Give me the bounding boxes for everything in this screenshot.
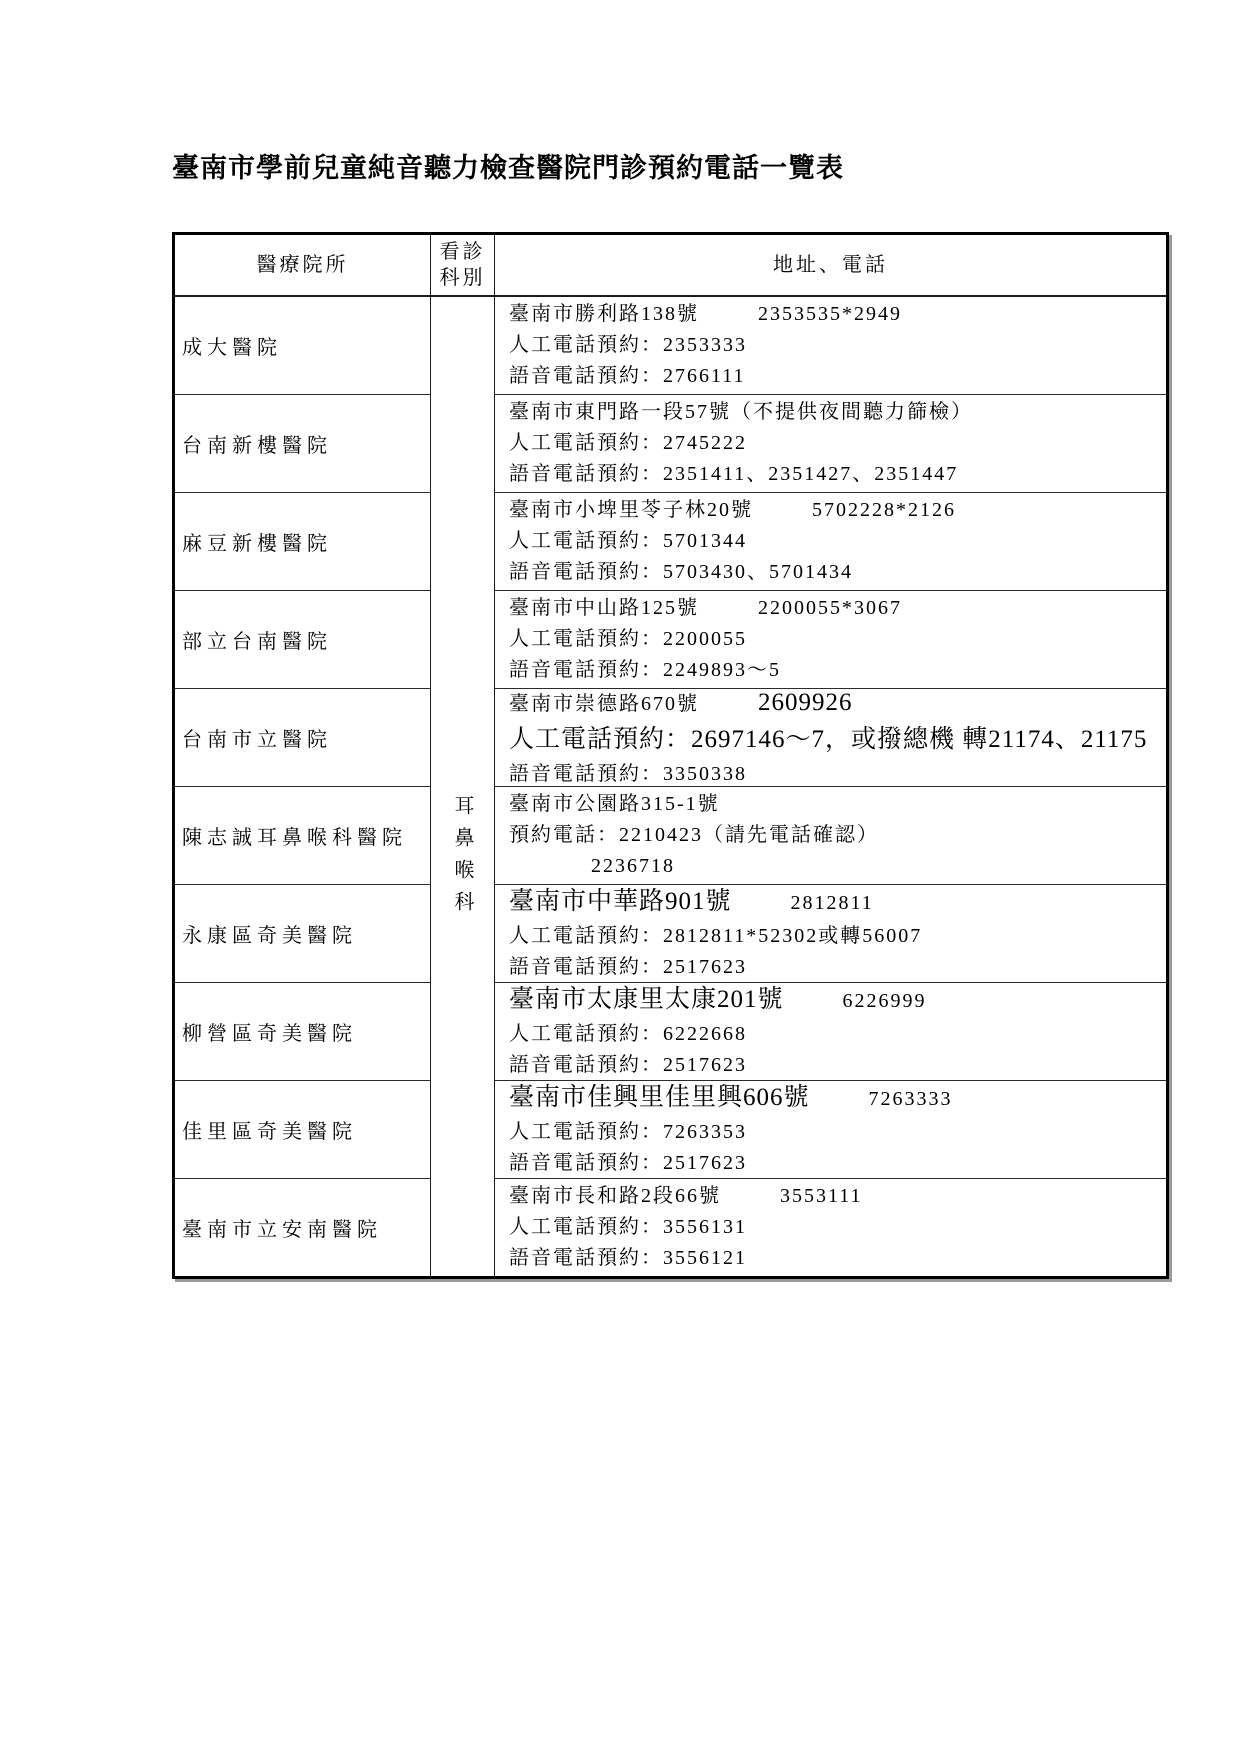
address-line-phone: 2200055*3067 (758, 597, 902, 619)
address-cell: 臺南市中華路901號 2812811 人工電話預約：2812811*52302或… (495, 885, 1166, 983)
address-line: 語音電話預約：3350338 (509, 759, 1158, 790)
address-line: 人工電話預約：2353333 (509, 330, 1158, 361)
address-line-text: 人工電話預約：3556131 (509, 1216, 747, 1238)
address-line-text: 語音電話預約：2517623 (509, 1152, 747, 1174)
address-line: 語音電話預約：3556121 (509, 1243, 1158, 1274)
address-line-text: 人工電話預約：2745222 (509, 432, 747, 454)
address-line-text: 語音電話預約：2249893～5 (509, 659, 781, 681)
department-label: 耳鼻喉科 (448, 795, 477, 923)
hospital-name-cell: 成大醫院 (175, 297, 430, 395)
address-line: 語音電話預約：2766111 (509, 361, 1158, 392)
hospital-name-cell: 柳營區奇美醫院 (175, 983, 430, 1081)
address-line-text: 人工電話預約：2697146～7，或撥總機 轉21174、21175 (509, 726, 1147, 753)
address-line: 人工電話預約：5701344 (509, 526, 1158, 557)
address-line: 臺南市佳興里佳里興606號 7263333 (509, 1080, 1158, 1117)
hospital-name: 柳營區奇美醫院 (182, 1017, 357, 1046)
address-line: 語音電話預約：2517623 (509, 1050, 1158, 1081)
address-line-phone: 3553111 (780, 1185, 863, 1207)
address-cell: 臺南市中山路125號 2200055*3067 人工電話預約：2200055 語… (495, 591, 1166, 689)
address-cell: 臺南市佳興里佳里興606號 7263333 人工電話預約：7263353 語音電… (495, 1081, 1166, 1179)
address-line-text: 語音電話預約：3556121 (509, 1247, 747, 1269)
address-line-text: 人工電話預約：5701344 (509, 530, 747, 552)
address-line-text: 臺南市東門路一段57號（不提供夜間聽力篩檢） (509, 401, 973, 423)
hospital-name: 麻豆新樓醫院 (182, 527, 332, 556)
address-line-text: 臺南市小埤里苓子林20號 (509, 499, 753, 521)
hospital-phone-table: 醫療院所 看診 科別 地址、電話 成大醫院 台南新樓醫院 麻豆新樓醫院 部立台南… (172, 232, 1169, 1279)
hospital-name-cell: 佳里區奇美醫院 (175, 1081, 430, 1179)
header-department: 看診 科別 (431, 235, 495, 295)
address-line: 臺南市崇德路670號 2609926 (509, 685, 1158, 722)
address-line: 語音電話預約：2249893～5 (509, 655, 1158, 686)
address-line: 人工電話預約：2745222 (509, 428, 1158, 459)
address-line-text: 人工電話預約：2812811*52302或轉56007 (509, 925, 922, 947)
address-cell: 臺南市長和路2段66號 3553111 人工電話預約：3556131 語音電話預… (495, 1179, 1166, 1276)
address-line-text: 預約電話：2210423（請先電話確認） (509, 824, 879, 846)
document-page: 臺南市學前兒童純音聽力檢查醫院門診預約電話一覽表 醫療院所 看診 科別 地址、電… (172, 148, 1172, 1279)
address-line-text: 2236718 (591, 855, 675, 877)
header-department-line2: 科別 (440, 267, 486, 289)
address-line: 臺南市長和路2段66號 3553111 (509, 1181, 1158, 1212)
address-line: 臺南市小埤里苓子林20號 5702228*2126 (509, 495, 1158, 526)
address-line-text: 語音電話預約：5703430、5701434 (509, 561, 853, 583)
address-line-text: 臺南市勝利路138號 (509, 303, 699, 325)
hospital-name: 佳里區奇美醫院 (182, 1115, 357, 1144)
hospital-name-cell: 麻豆新樓醫院 (175, 493, 430, 591)
address-line-phone: 5702228*2126 (812, 499, 956, 521)
address-line: 臺南市中華路901號 2812811 (509, 884, 1158, 921)
address-line: 語音電話預約：5703430、5701434 (509, 557, 1158, 588)
hospital-name-cell: 部立台南醫院 (175, 591, 430, 689)
address-line-text: 語音電話預約：2517623 (509, 1054, 747, 1076)
address-line-text: 臺南市公園路315-1號 (509, 793, 720, 815)
address-line: 語音電話預約：2351411、2351427、2351447 (509, 459, 1158, 490)
address-line-text: 語音電話預約：2766111 (509, 365, 746, 387)
address-line: 語音電話預約：2517623 (509, 952, 1158, 983)
address-line-text: 臺南市長和路2段66號 (509, 1185, 721, 1207)
table-header-row: 醫療院所 看診 科別 地址、電話 (175, 235, 1166, 297)
address-line: 人工電話預約：7263353 (509, 1117, 1158, 1148)
hospital-name: 成大醫院 (182, 331, 282, 360)
hospital-name: 永康區奇美醫院 (182, 919, 357, 948)
address-line: 語音電話預約：2517623 (509, 1148, 1158, 1179)
address-line: 2236718 (509, 851, 1158, 882)
header-department-line1: 看診 (440, 241, 486, 263)
department-merged-cell: 耳鼻喉科 (431, 297, 495, 1276)
address-line-text: 臺南市中華路901號 (509, 888, 732, 915)
address-line: 臺南市公園路315-1號 (509, 789, 1158, 820)
address-cell: 臺南市太康里太康201號 6226999 人工電話預約：6222668 語音電話… (495, 983, 1166, 1081)
address-line-text: 語音電話預約：2517623 (509, 956, 747, 978)
hospital-name: 部立台南醫院 (182, 625, 332, 654)
address-line-text: 人工電話預約：2353333 (509, 334, 747, 356)
address-line-phone: 2353535*2949 (758, 303, 902, 325)
hospital-name: 陳志誠耳鼻喉科醫院 (182, 821, 407, 850)
page-title: 臺南市學前兒童純音聽力檢查醫院門診預約電話一覽表 (172, 148, 1172, 188)
hospital-name: 台南新樓醫院 (182, 429, 332, 458)
header-hospital: 醫療院所 (175, 235, 431, 295)
address-cell: 臺南市勝利路138號 2353535*2949 人工電話預約：2353333 語… (495, 297, 1166, 395)
hospital-name: 台南市立醫院 (182, 723, 332, 752)
address-line: 人工電話預約：2812811*52302或轉56007 (509, 921, 1158, 952)
address-line-phone: 6226999 (843, 990, 927, 1012)
address-line: 人工電話預約：2200055 (509, 624, 1158, 655)
address-cell: 臺南市東門路一段57號（不提供夜間聽力篩檢） 人工電話預約：2745222 語音… (495, 395, 1166, 493)
address-line-text: 人工電話預約：6222668 (509, 1023, 747, 1045)
hospital-name-column: 成大醫院 台南新樓醫院 麻豆新樓醫院 部立台南醫院 台南市立醫院 陳志誠耳鼻喉科… (175, 297, 431, 1276)
address-line-phone: 2812811 (791, 892, 874, 914)
address-line: 人工電話預約：6222668 (509, 1019, 1158, 1050)
hospital-name-cell: 臺南市立安南醫院 (175, 1179, 430, 1276)
address-column: 臺南市勝利路138號 2353535*2949 人工電話預約：2353333 語… (495, 297, 1166, 1276)
address-line-text: 臺南市中山路125號 (509, 597, 699, 619)
address-line: 人工電話預約：3556131 (509, 1212, 1158, 1243)
hospital-name-cell: 台南市立醫院 (175, 689, 430, 787)
table-body: 成大醫院 台南新樓醫院 麻豆新樓醫院 部立台南醫院 台南市立醫院 陳志誠耳鼻喉科… (175, 297, 1166, 1276)
address-line: 臺南市中山路125號 2200055*3067 (509, 593, 1158, 624)
header-address-phone: 地址、電話 (495, 235, 1166, 295)
address-line-text: 臺南市崇德路670號 (509, 693, 699, 715)
address-line-text: 語音電話預約：2351411、2351427、2351447 (509, 463, 958, 485)
address-line-text: 人工電話預約：7263353 (509, 1121, 747, 1143)
address-line: 臺南市東門路一段57號（不提供夜間聽力篩檢） (509, 397, 1158, 428)
address-cell: 臺南市小埤里苓子林20號 5702228*2126 人工電話預約：5701344… (495, 493, 1166, 591)
address-line: 人工電話預約：2697146～7，或撥總機 轉21174、21175 (509, 722, 1158, 759)
address-line-text: 人工電話預約：2200055 (509, 628, 747, 650)
address-line: 臺南市勝利路138號 2353535*2949 (509, 299, 1158, 330)
address-line: 臺南市太康里太康201號 6226999 (509, 982, 1158, 1019)
hospital-name-cell: 陳志誠耳鼻喉科醫院 (175, 787, 430, 885)
address-line-text: 語音電話預約：3350338 (509, 763, 747, 785)
hospital-name-cell: 永康區奇美醫院 (175, 885, 430, 983)
address-line: 預約電話：2210423（請先電話確認） (509, 820, 1158, 851)
hospital-name: 臺南市立安南醫院 (182, 1213, 382, 1242)
address-line-text: 臺南市佳興里佳里興606號 (509, 1084, 810, 1111)
address-cell: 臺南市公園路315-1號 預約電話：2210423（請先電話確認） 223671… (495, 787, 1166, 885)
address-line-text: 臺南市太康里太康201號 (509, 986, 784, 1013)
address-line-phone: 2609926 (758, 689, 853, 716)
hospital-name-cell: 台南新樓醫院 (175, 395, 430, 493)
address-cell: 臺南市崇德路670號 2609926 人工電話預約：2697146～7，或撥總機… (495, 689, 1166, 787)
address-line-phone: 7263333 (869, 1088, 953, 1110)
